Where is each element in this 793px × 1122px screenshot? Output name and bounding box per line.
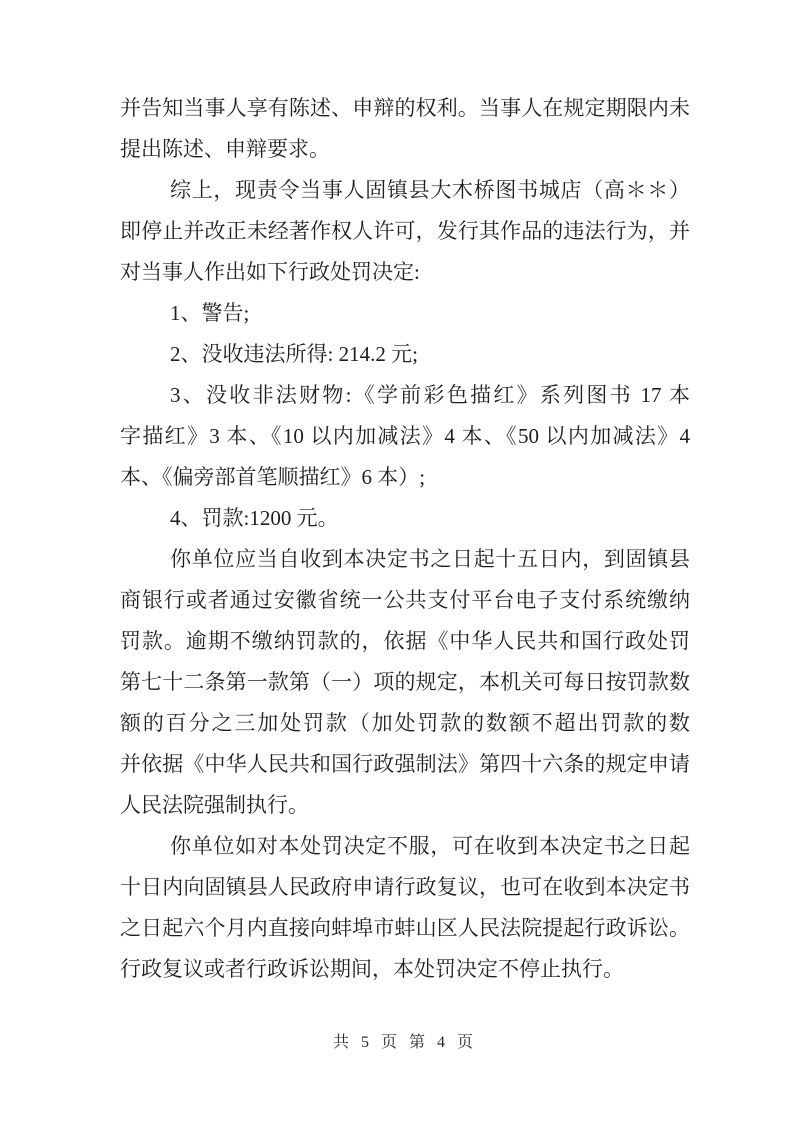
text-line: 字描红》3 本、《10 以内加减法》4 本、《50 以内加减法》4 [120, 416, 690, 457]
text-line-penalty-2: 2、没收违法所得: 214.2 元; [120, 334, 690, 375]
text-line: 对当事人作出如下行政处罚决定: [120, 252, 690, 293]
text-line: 十日内向固镇县人民政府申请行政复议，也可在收到本决定书 [120, 867, 690, 908]
text-line: 你单位应当自收到本决定书之日起十五日内，到固镇县徽 [120, 539, 690, 580]
text-line: 罚款。逾期不缴纳罚款的，依据《中华人民共和国行政处罚法》 [120, 621, 690, 662]
text-line: 之日起六个月内直接向蚌埠市蚌山区人民法院提起行政诉讼。 [120, 908, 690, 949]
text-line: 额的百分之三加处罚款（加处罚款的数额不超出罚款的数额）， [120, 703, 690, 744]
document-page: 并告知当事人享有陈述、申辩的权利。当事人在规定期限内未 提出陈述、申辩要求。 综… [0, 0, 793, 1122]
text-line: 并告知当事人享有陈述、申辩的权利。当事人在规定期限内未 [120, 88, 690, 129]
document-body: 并告知当事人享有陈述、申辩的权利。当事人在规定期限内未 提出陈述、申辩要求。 综… [120, 88, 690, 990]
text-line: 并依据《中华人民共和国行政强制法》第四十六条的规定申请 [120, 744, 690, 785]
text-line: 第七十二条第一款第（一）项的规定，本机关可每日按罚款数 [120, 662, 690, 703]
text-line: 提出陈述、申辩要求。 [120, 129, 690, 170]
page-number-footer: 共 5 页 第 4 页 [120, 1030, 690, 1056]
text-line: 本、《偏旁部首笔顺描红》6 本）; [120, 457, 690, 498]
text-line: 行政复议或者行政诉讼期间，本处罚决定不停止执行。 [120, 949, 690, 990]
text-line: 你单位如对本处罚决定不服，可在收到本决定书之日起六 [120, 826, 690, 867]
text-line-penalty-3: 3、没收非法财物:《学前彩色描红》系列图书 17 本（《汉 [120, 375, 690, 416]
text-line: 人民法院强制执行。 [120, 785, 690, 826]
text-line: 综上，现责令当事人固镇县大木桥图书城店（高＊＊）立 [120, 170, 690, 211]
text-line: 即停止并改正未经著作权人许可，发行其作品的违法行为，并 [120, 211, 690, 252]
text-line-penalty-4: 4、罚款:1200 元。 [120, 498, 690, 539]
text-line: 商银行或者通过安徽省统一公共支付平台电子支付系统缴纳 [120, 580, 690, 621]
text-line-penalty-1: 1、警告; [120, 293, 690, 334]
